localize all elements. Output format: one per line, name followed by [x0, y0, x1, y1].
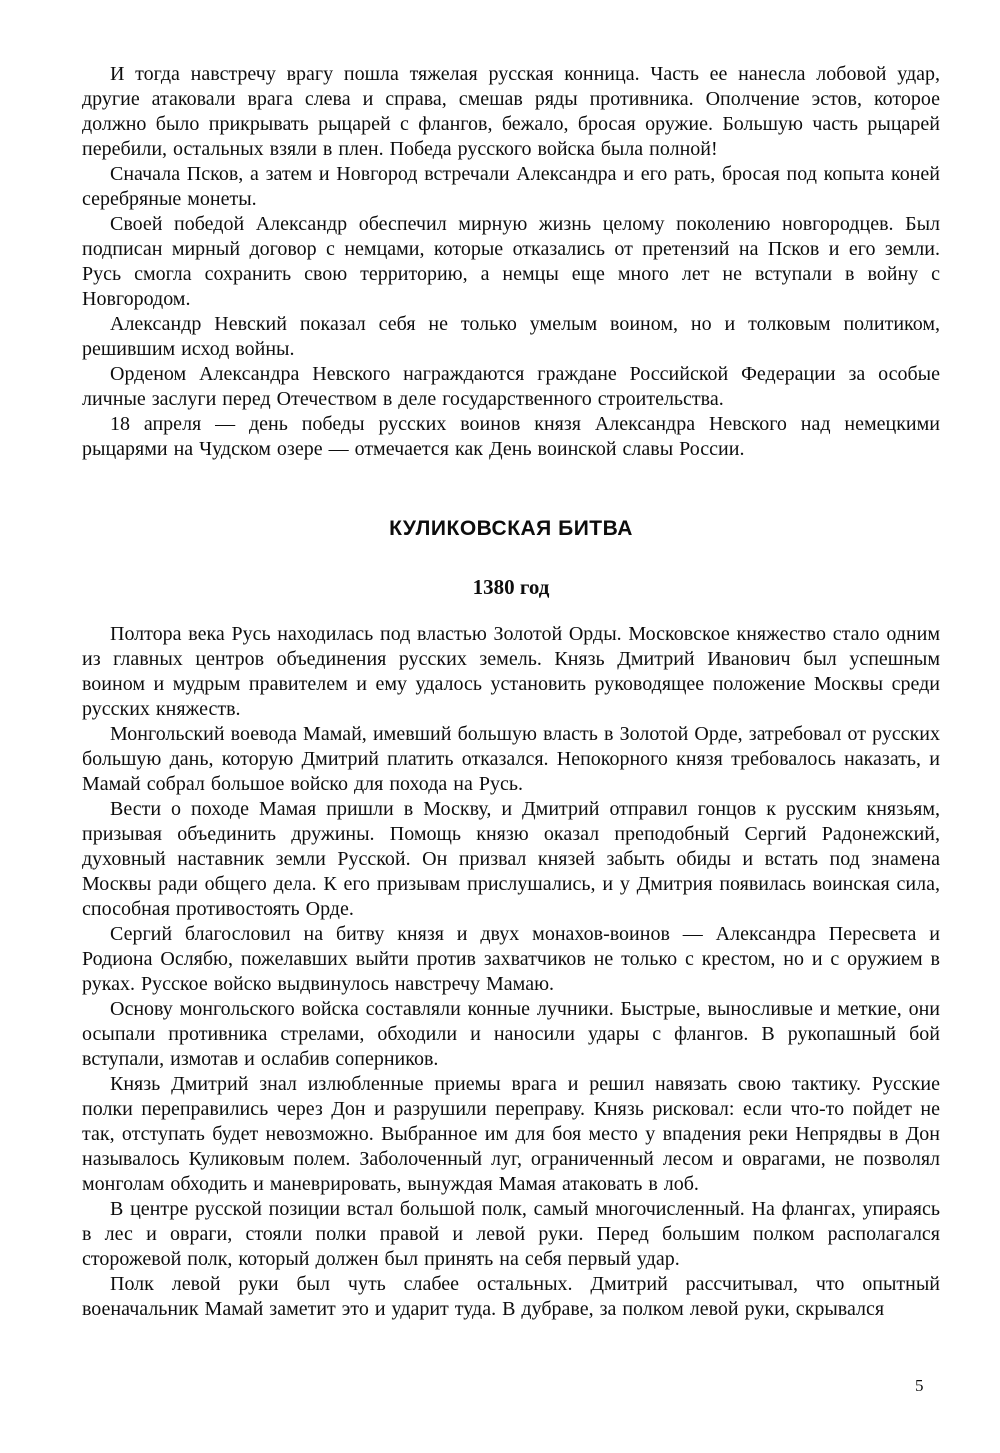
kulikovo-paragraph-5: Основу монгольского войска составляли ко… — [82, 997, 940, 1072]
intro-paragraph-1: И тогда навстречу врагу пошла тяжелая ру… — [82, 62, 940, 162]
section-subtitle-year: 1380 год — [82, 575, 940, 600]
kulikovo-paragraph-6: Князь Дмитрий знал излюбленные приемы вр… — [82, 1072, 940, 1197]
kulikovo-paragraph-3: Вести о походе Мамая пришли в Москву, и … — [82, 797, 940, 922]
kulikovo-paragraph-1: Полтора века Русь находилась под властью… — [82, 622, 940, 722]
intro-paragraph-6: 18 апреля — день победы русских воинов к… — [82, 412, 940, 462]
page-number: 5 — [915, 1376, 924, 1396]
book-page: И тогда навстречу врагу пошла тяжелая ру… — [0, 0, 1000, 1453]
intro-paragraph-2: Сначала Псков, а затем и Новгород встреч… — [82, 162, 940, 212]
kulikovo-paragraph-8: Полк левой руки был чуть слабее остальны… — [82, 1272, 940, 1322]
intro-paragraph-5: Орденом Александра Невского награждаются… — [82, 362, 940, 412]
kulikovo-paragraph-4: Сергий благословил на битву князя и двух… — [82, 922, 940, 997]
section-title: КУЛИКОВСКАЯ БИТВА — [82, 517, 940, 541]
intro-text-block: И тогда навстречу врагу пошла тяжелая ру… — [82, 62, 940, 462]
kulikovo-text-block: Полтора века Русь находилась под властью… — [82, 622, 940, 1322]
intro-paragraph-4: Александр Невский показал себя не только… — [82, 312, 940, 362]
kulikovo-paragraph-2: Монгольский воевода Мамай, имевший больш… — [82, 722, 940, 797]
kulikovo-paragraph-7: В центре русской позиции встал большой п… — [82, 1197, 940, 1272]
intro-paragraph-3: Своей победой Александр обеспечил мирную… — [82, 212, 940, 312]
